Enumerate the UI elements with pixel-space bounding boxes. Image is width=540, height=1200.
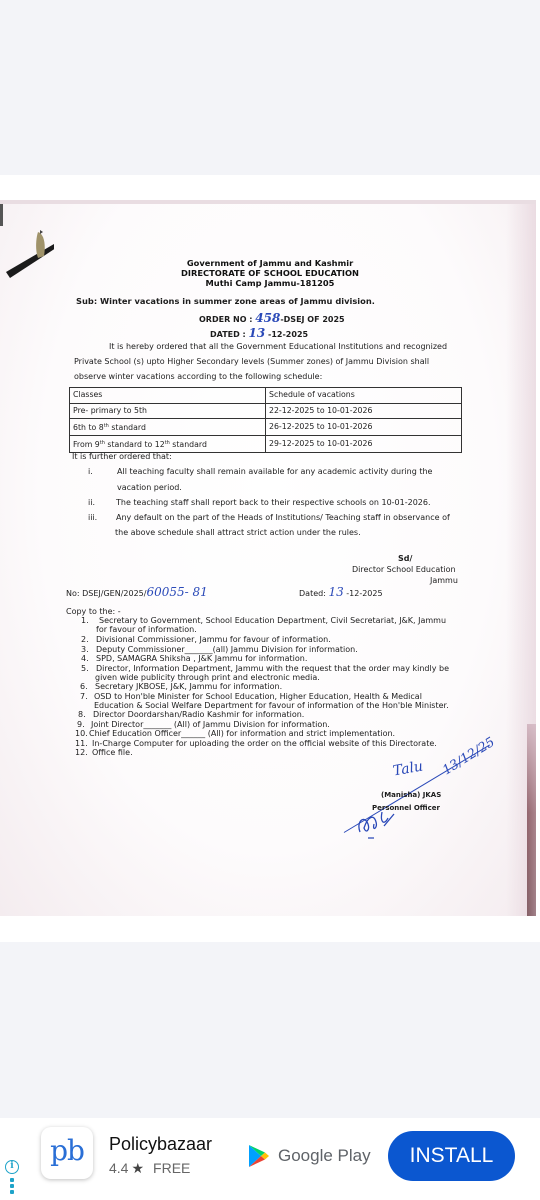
google-play-icon [248, 1144, 270, 1168]
list-number: 8. [78, 710, 86, 720]
list-item: SPD, SAMAGRA Shiksha , J&K Jammu for inf… [96, 654, 307, 664]
install-button[interactable]: INSTALL [388, 1131, 515, 1181]
table-cell: 22-12-2025 to 10-01-2026 [266, 403, 462, 419]
subject-line: Sub: Winter vacations in summer zone are… [76, 296, 375, 306]
list-item: Director Doordarshan/Radio Kashmir for i… [93, 710, 304, 720]
point-text: The teaching staff shall report back to … [116, 498, 431, 508]
document-viewer[interactable]: Government of Jammu and Kashmir DIRECTOR… [0, 175, 540, 942]
order-date: DATED : 13 -12-2025 [210, 328, 308, 340]
body-line-1: It is hereby ordered that all the Govern… [109, 342, 447, 352]
table-cell: 29-12-2025 to 10-01-2026 [266, 436, 462, 453]
body-line-3: observe winter vacations according to th… [74, 372, 322, 382]
list-number: 7. [80, 692, 88, 702]
ad-banner[interactable]: i pb Policybazaar 4.4★FREE Google Play I… [0, 1118, 540, 1200]
google-play-label: Google Play [278, 1146, 371, 1166]
list-item: Office file. [92, 748, 133, 758]
star-icon: ★ [131, 1160, 144, 1176]
vacation-schedule-table: Classes Schedule of vacations Pre- prima… [69, 387, 462, 453]
header-address: Muthi Camp Jammu-181205 [0, 278, 536, 288]
point-text: vacation period. [117, 483, 182, 493]
point-text: the above schedule shall attract strict … [115, 528, 361, 538]
list-item: Chief Education Officer______ (All) for … [89, 729, 395, 739]
body-line-2: Private School (s) upto Higher Secondary… [74, 357, 429, 367]
paper-edge [0, 204, 3, 226]
table-cell: 26-12-2025 to 10-01-2026 [266, 419, 462, 436]
list-number: 6. [80, 682, 88, 692]
list-number: 12. [75, 748, 88, 758]
header-directorate: DIRECTORATE OF SCHOOL EDUCATION [0, 268, 536, 278]
signature-title: Director School Education [352, 565, 456, 575]
officer-name: (Manisha) JKAS [381, 790, 441, 800]
table-header: Classes [70, 388, 266, 404]
background-edge [527, 724, 536, 916]
further-ordered: It is further ordered that: [72, 452, 172, 462]
app-price: FREE [153, 1160, 190, 1176]
table-header: Schedule of vacations [266, 388, 462, 404]
app-meta: 4.4★FREE [109, 1160, 190, 1177]
point-number: iii. [88, 513, 97, 523]
reference-number: No: DSEJ/GEN/2025/60055- 81 [66, 587, 208, 599]
list-item: for favour of information. [96, 625, 197, 635]
table-cell: From 9th standard to 12th standard [70, 436, 266, 453]
signature-place: Jammu [430, 576, 458, 586]
document-image: Government of Jammu and Kashmir DIRECTOR… [0, 200, 536, 916]
table-header-row: Classes Schedule of vacations [70, 388, 462, 404]
more-options-icon[interactable] [10, 1178, 14, 1196]
app-rating: 4.4 [109, 1160, 128, 1176]
point-text: Any default on the part of the Heads of … [116, 513, 450, 523]
table-cell: Pre- primary to 5th [70, 403, 266, 419]
info-icon[interactable]: i [5, 1160, 19, 1174]
list-item: In-Charge Computer for uploading the ord… [92, 739, 437, 749]
list-number: 5. [81, 664, 89, 674]
list-number: 10. [75, 729, 88, 739]
list-number: 4. [81, 654, 89, 664]
list-item: Secretary JKBOSE, J&K, Jammu for informa… [95, 682, 282, 692]
point-number: ii. [88, 498, 95, 508]
order-number: ORDER NO : 458-DSEJ OF 2025 [199, 313, 345, 325]
reference-date: Dated: 13 -12-2025 [299, 587, 383, 599]
list-item: Divisional Commissioner, Jammu for favou… [96, 635, 331, 645]
table-row: 6th to 8th standard 26-12-2025 to 10-01-… [70, 419, 462, 436]
signature-sd: Sd/ [398, 554, 412, 564]
header-government: Government of Jammu and Kashmir [0, 258, 536, 268]
list-number: 1. [81, 616, 89, 626]
point-number: i. [88, 467, 93, 477]
handwritten-date: 13/12/25 [442, 737, 497, 776]
signature-scribble-icon [354, 802, 404, 842]
google-play-badge[interactable]: Google Play [248, 1144, 371, 1168]
handwritten-initials: Talu [392, 761, 423, 776]
point-text: All teaching faculty shall remain availa… [117, 467, 432, 477]
app-icon[interactable]: pb [41, 1127, 93, 1179]
app-name[interactable]: Policybazaar [109, 1134, 212, 1155]
list-number: 2. [81, 635, 89, 645]
table-row: Pre- primary to 5th 22-12-2025 to 10-01-… [70, 403, 462, 419]
table-row: From 9th standard to 12th standard 29-12… [70, 436, 462, 453]
table-cell: 6th to 8th standard [70, 419, 266, 436]
